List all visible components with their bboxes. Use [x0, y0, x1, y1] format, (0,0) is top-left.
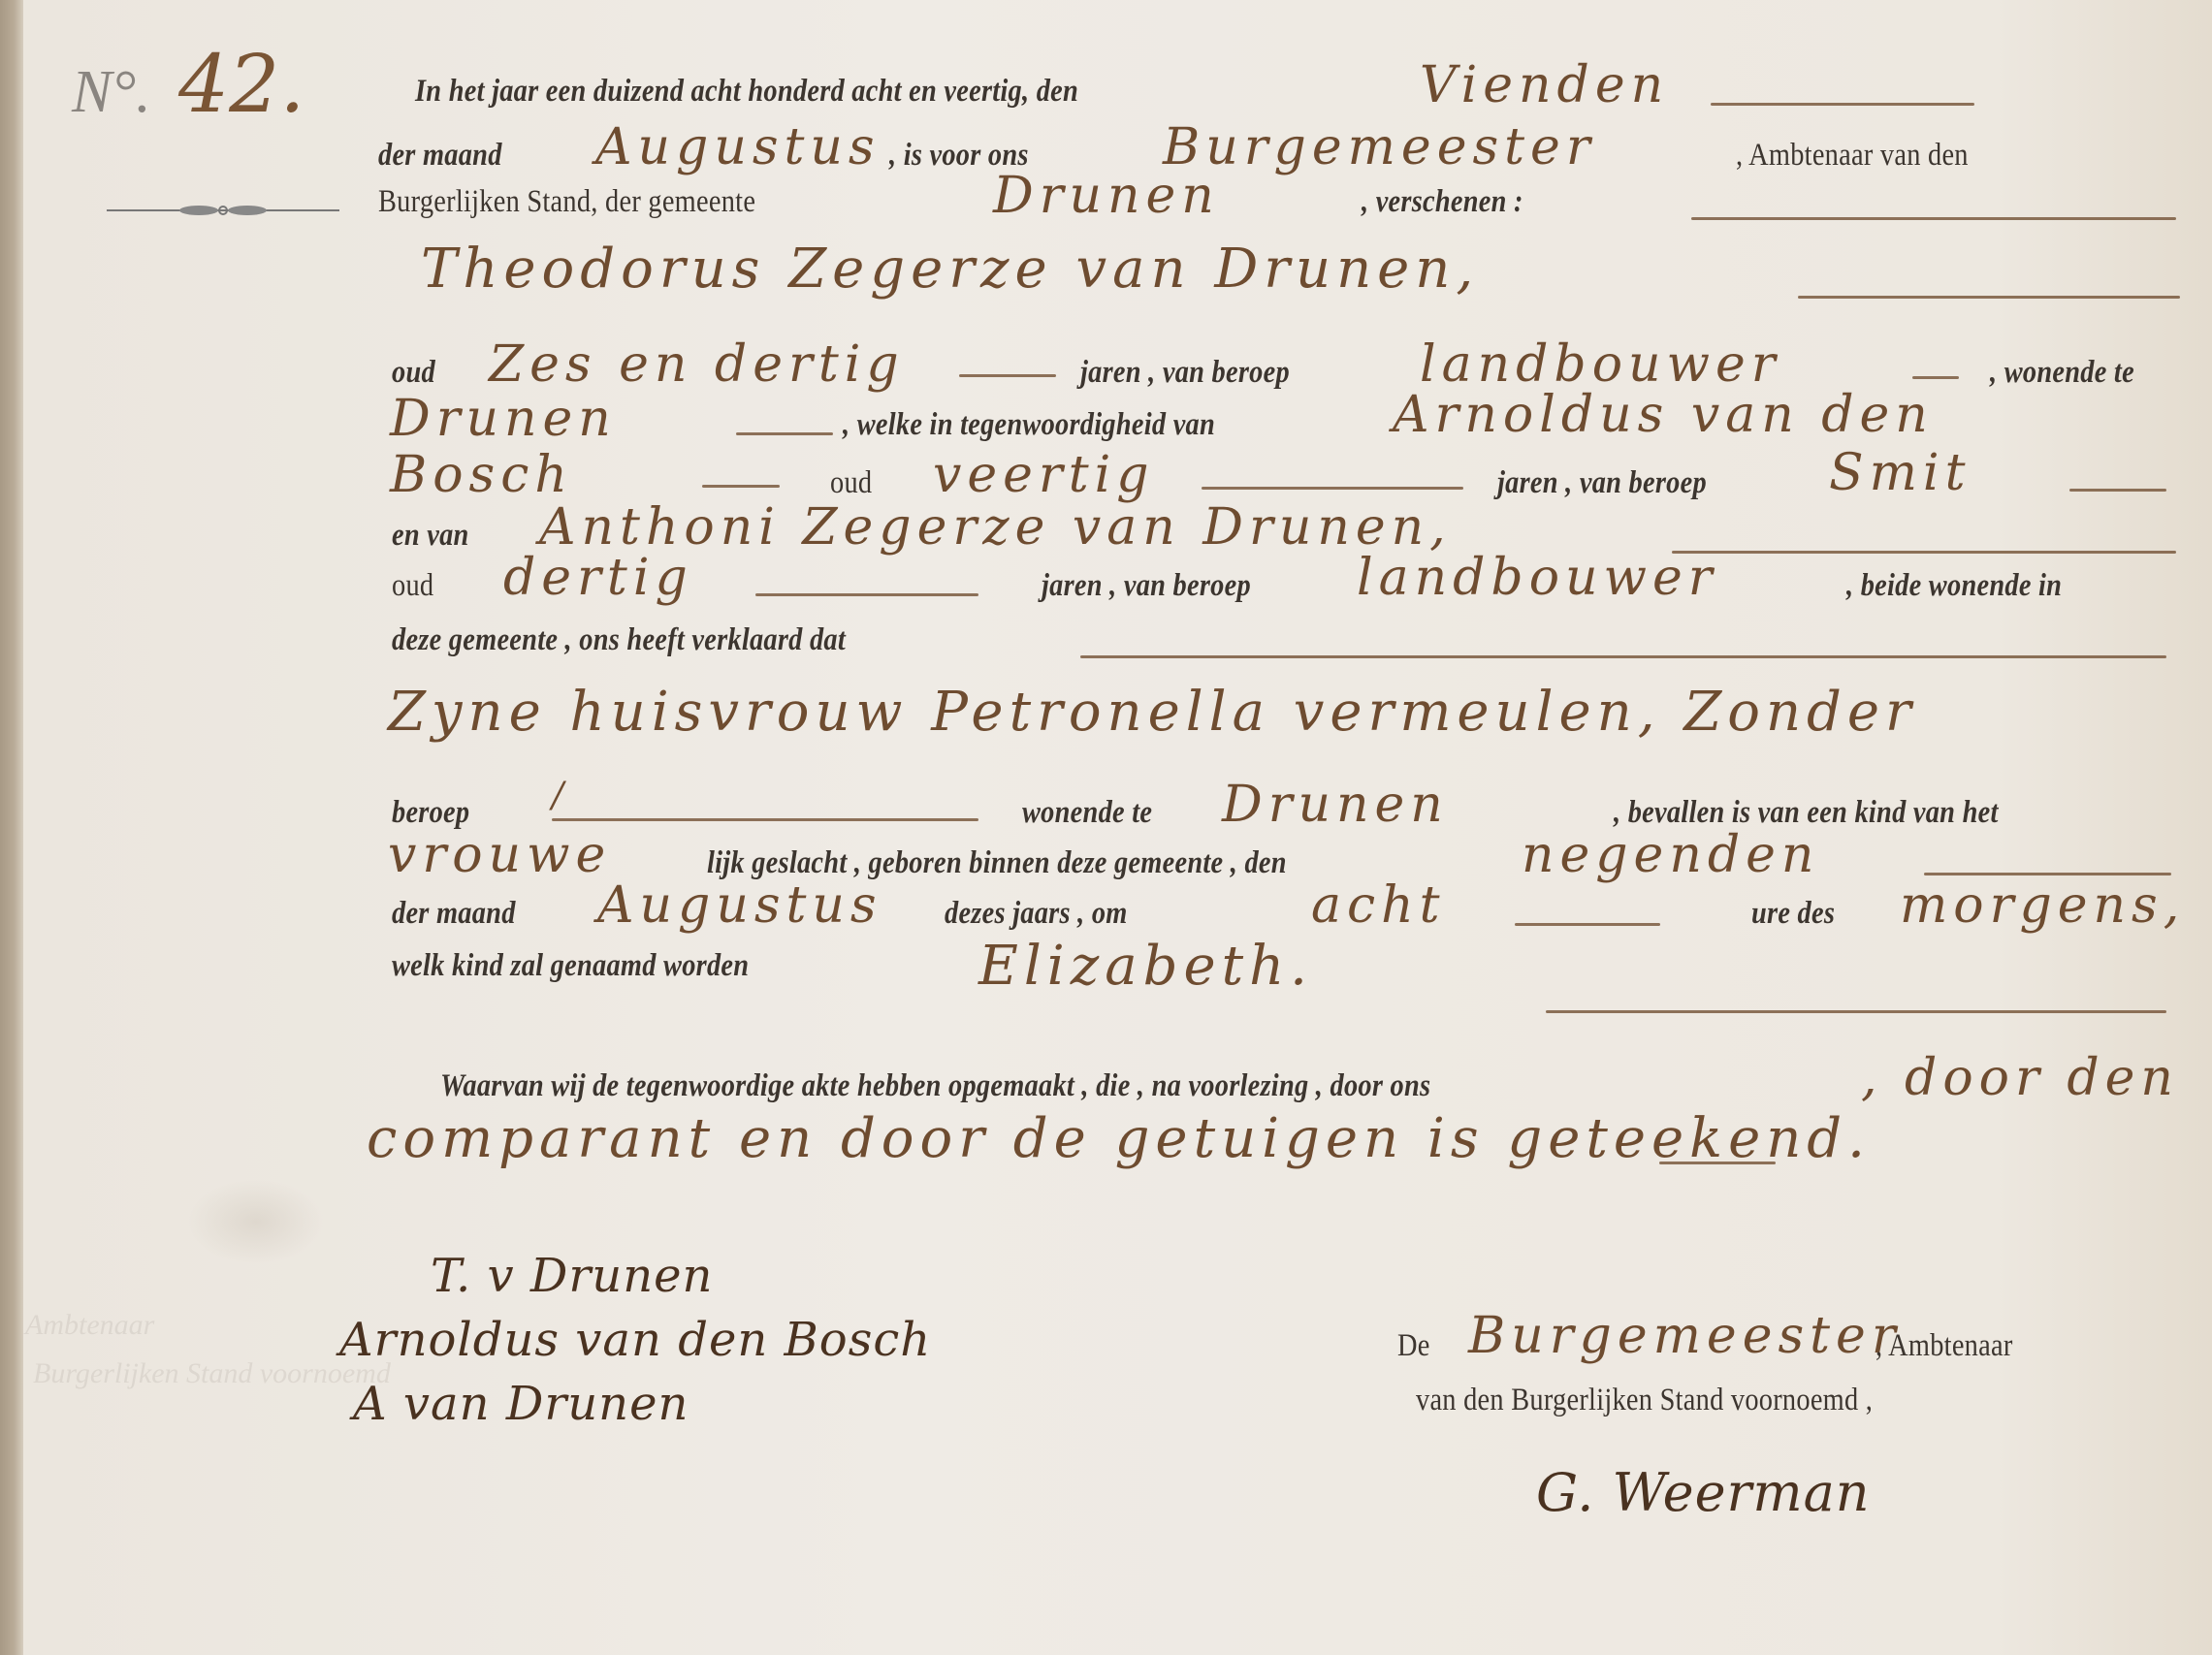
fill-line: [1711, 103, 1974, 106]
printed-text: oud: [392, 355, 435, 391]
fill-line: [1659, 1162, 1776, 1164]
book-binding: [0, 0, 23, 1655]
record-number: 42.: [178, 39, 305, 131]
handwritten-child-name: Elizabeth.: [978, 935, 1313, 998]
handwritten-sex: vrouwe: [388, 826, 611, 884]
printed-text: jaren , van beroep: [1497, 465, 1707, 501]
handwritten-occupation: Smit: [1829, 444, 1971, 502]
handwritten-month: Augustus: [597, 876, 882, 935]
printed-text: Burgerlijken Stand, der gemeente: [378, 184, 755, 220]
record-number-label: N°.: [72, 58, 151, 127]
handwritten-witness1-surname: Bosch: [390, 446, 573, 504]
signature-witness1: Arnoldus van den Bosch: [339, 1313, 931, 1367]
signature-witness2: A van Drunen: [353, 1377, 689, 1431]
printed-text: oud: [830, 465, 872, 501]
closing-printed-text: Waarvan wij de tegenwoordige akte hebben…: [440, 1068, 1430, 1104]
printed-text: en van: [392, 518, 469, 554]
handwritten-occupation: landbouwer: [1420, 335, 1781, 394]
printed-text: , beide wonende in: [1846, 568, 2062, 604]
handwritten-residence: Drunen: [1222, 776, 1449, 834]
printed-text: ure des: [1751, 896, 1835, 932]
ornament-divider-icon: [107, 204, 339, 217]
closing-handwritten-a: , door den: [1861, 1049, 2179, 1107]
handwritten-mother: Zyne huisvrouw Petronella vermeulen, Zon…: [388, 681, 1917, 744]
printed-text: In het jaar een duizend acht honderd ach…: [415, 74, 1078, 110]
printed-text: der maand: [378, 138, 502, 174]
handwritten-age: dertig: [503, 549, 693, 607]
signature-declarant: T. v Drunen: [431, 1249, 713, 1303]
fill-line: [1202, 487, 1463, 490]
fill-line: [1515, 923, 1660, 926]
handwritten-day: negenden: [1522, 826, 1819, 884]
printed-text: , Ambtenaar van den: [1736, 138, 1969, 174]
bleed-through-text: Burgerlijken Stand voornoemd: [33, 1357, 391, 1390]
fill-line: [959, 374, 1056, 377]
printed-text: jaren , van beroep: [1042, 568, 1251, 604]
handwritten-title: Burgemeester: [1163, 118, 1596, 176]
official-printed: , Ambtenaar: [1875, 1328, 2013, 1364]
printed-text: , welke in tegenwoordigheid van: [843, 407, 1215, 443]
official-printed-line2: van den Burgerlijken Stand voornoemd ,: [1416, 1383, 1873, 1418]
printed-text: oud: [392, 568, 433, 604]
handwritten-occupation: landbouwer: [1357, 549, 1718, 607]
handwritten-place: Drunen: [993, 167, 1220, 225]
signature-official: G. Weerman: [1536, 1462, 1871, 1523]
fill-line: [1912, 376, 1959, 379]
fill-line: [702, 485, 780, 488]
official-handwritten-title: Burgemeester: [1468, 1307, 1902, 1365]
printed-text: dezes jaars , om: [945, 896, 1128, 932]
handwritten-age: veertig: [933, 446, 1155, 504]
fill-line: [1080, 655, 2166, 658]
fill-line: [552, 818, 978, 821]
official-printed: De: [1397, 1328, 1430, 1364]
printed-text: welk kind zal genaamd worden: [392, 948, 749, 984]
handwritten-hour: acht: [1311, 876, 1446, 935]
fill-line: [736, 432, 833, 435]
register-page: Ambtenaar Burgerlijken Stand voornoemd N…: [23, 0, 2212, 1655]
fill-line: [1924, 873, 2171, 875]
fill-line: [2069, 489, 2166, 492]
handwritten-witness2: Anthoni Zegerze van Drunen,: [539, 498, 1452, 557]
printed-text: , wonende te: [1990, 355, 2134, 391]
printed-text: , verschenen :: [1362, 184, 1523, 220]
handwritten-residence: Drunen: [390, 390, 617, 448]
printed-text: der maand: [392, 896, 516, 932]
handwritten-day: Vienden: [1420, 56, 1669, 114]
handwritten-mark: /: [552, 776, 569, 815]
closing-handwritten-b: comparant en door de getuigen is geteeke…: [367, 1107, 1871, 1170]
bleed-through-text: Ambtenaar: [25, 1309, 154, 1342]
handwritten-age: Zes en dertig: [489, 335, 905, 394]
fill-line: [1691, 217, 2176, 220]
handwritten-declarant: Theodorus Zegerze van Drunen,: [421, 238, 1479, 301]
printed-text: wonende te: [1022, 795, 1152, 831]
handwritten-daypart: morgens,: [1900, 876, 2185, 935]
fill-line: [1798, 296, 2180, 299]
handwritten-month: Augustus: [595, 118, 881, 176]
fill-line: [1546, 1010, 2166, 1013]
handwritten-witness1: Arnoldus van den: [1393, 386, 1934, 444]
printed-text: deze gemeente , ons heeft verklaard dat: [392, 622, 846, 658]
fill-line: [755, 593, 978, 596]
fill-line: [1672, 551, 2176, 554]
printed-text: jaren , van beroep: [1080, 355, 1290, 391]
